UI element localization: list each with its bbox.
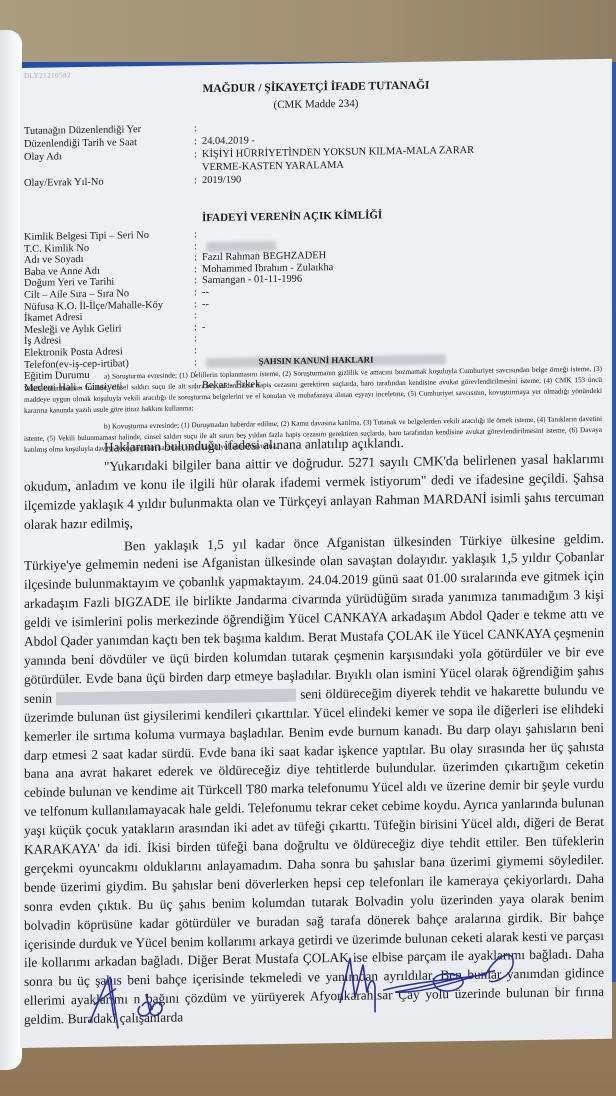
- field-colon: :: [194, 276, 197, 287]
- field-colon: :: [194, 175, 197, 186]
- field-value: Mohammed Ibrahım - Zulaıkha: [202, 262, 333, 275]
- field-colon: :: [194, 241, 197, 252]
- field-colon: :: [194, 264, 197, 275]
- field-label: Olay Adı: [24, 151, 62, 163]
- statement-intro: "Yukarıdaki bilgiler bana aittir ve doğr…: [24, 450, 604, 535]
- field-label: Doğum Yeri ve Tarihi: [24, 277, 114, 289]
- signature-officer-icon: [335, 940, 535, 1023]
- field-value: 2019/190: [202, 175, 241, 187]
- field-colon: :: [194, 310, 197, 321]
- field-value: KİŞİYİ HÜRRİYETİNDEN YOKSUN KILMA-MALA Z…: [202, 145, 474, 160]
- statement-text-1: Ben yaklaşık 1,5 yıl kadar önce Afganist…: [24, 530, 604, 705]
- field-label: Adı ve Soyadı: [24, 254, 83, 266]
- field-label: Tutanağın Düzenlendiği Yer: [24, 124, 141, 137]
- rights-a: a) Soruşturma evresinde; (1) Delillerin …: [24, 364, 602, 417]
- field-value: Samangan - 01-11-1996: [202, 274, 302, 287]
- field-colon: :: [194, 345, 197, 356]
- redacted-value: [206, 241, 276, 252]
- field-label: Düzenlendiği Tarih ve Saat: [24, 137, 137, 150]
- field-colon: :: [194, 252, 197, 263]
- signature-victim-initials-icon: [80, 965, 210, 1037]
- field-value: --: [202, 299, 209, 310]
- page-stack-edge: [0, 30, 22, 1070]
- field-colon: :: [194, 123, 197, 134]
- field-label: Kimlik Belgesi Tipi – Seri No: [24, 230, 149, 243]
- field-label: Baba ve Anne Adı: [24, 266, 100, 278]
- field-label: Cilt – Aile Sıra – Sıra No: [24, 288, 129, 301]
- field-colon: :: [194, 299, 197, 310]
- field-value: -: [202, 322, 205, 333]
- document-page: DLY21210582 MAĞDUR / ŞİKAYETÇİ İFADE TUT…: [20, 59, 612, 1048]
- field-label: İş Adresi: [24, 336, 61, 348]
- field-label: T.C. Kimlik No: [24, 243, 89, 255]
- field-colon: :: [194, 149, 197, 160]
- field-label: Olay/Evrak Yıl-No: [24, 177, 104, 189]
- field-colon: :: [194, 229, 197, 240]
- field-colon: :: [194, 334, 197, 345]
- field-colon: :: [194, 287, 197, 298]
- field-label: Elektronik Posta Adresi: [24, 346, 123, 359]
- redacted-name: [56, 689, 296, 706]
- field-value: 24.04.2019 -: [202, 135, 255, 147]
- field-label: Mesleği ve Aylık Geliri: [24, 323, 121, 336]
- document-subtitle: (CMK Madde 234): [20, 94, 612, 115]
- field-colon: :: [194, 136, 197, 147]
- field-colon: :: [194, 322, 197, 333]
- field-label: İkamet Adresi: [24, 312, 83, 324]
- identity-section-title: İFADEYİ VERENİN AÇIK KİMLİĞİ: [202, 209, 382, 224]
- field-value: --: [202, 287, 209, 298]
- field-label: Nüfusa K.O. İl-İlçe/Mahalle-Köy: [24, 299, 163, 312]
- document-stamp-number: DLY21210582: [24, 71, 71, 80]
- field-value: VERME-KASTEN YARALAMA: [202, 160, 344, 173]
